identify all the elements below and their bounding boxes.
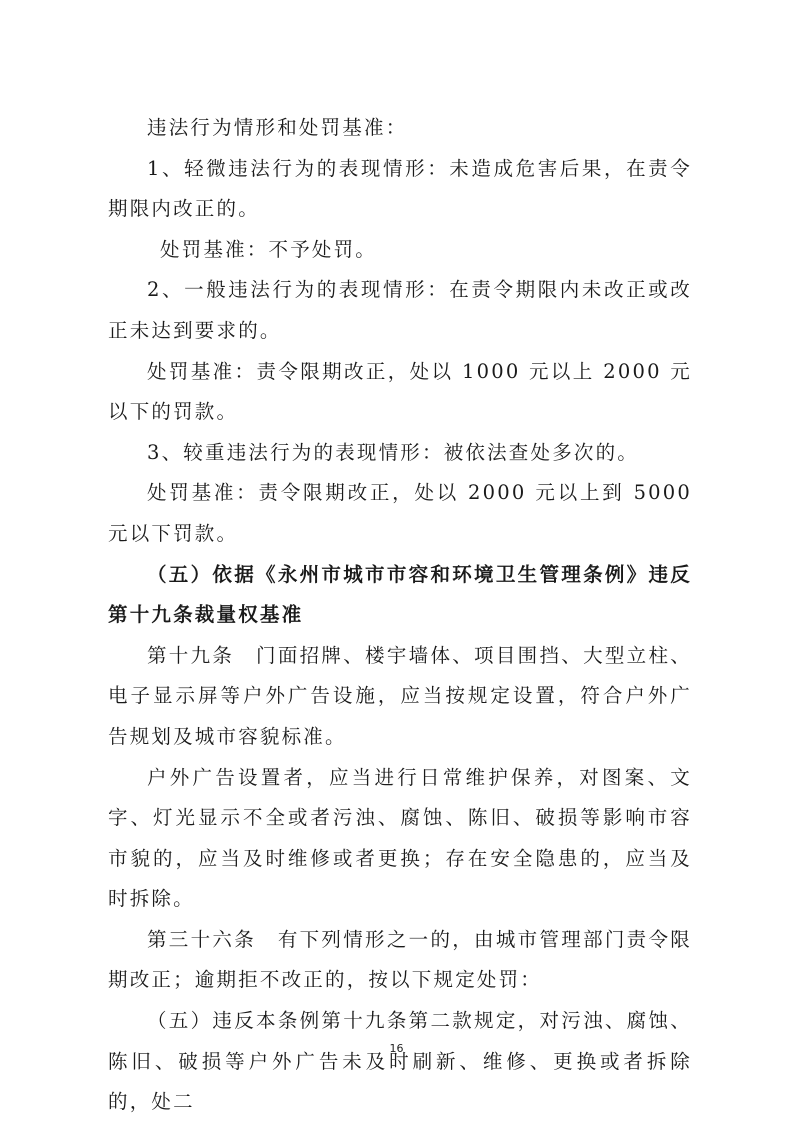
- article-36-item-5: （五）违反本条例第十九条第二款规定，对污浊、腐蚀、陈旧、破损等户外广告未及时刷新…: [108, 1001, 692, 1122]
- document-page: 违法行为情形和处罚基准： 1、轻微违法行为的表现情形：未造成危害后果，在责令期限…: [0, 0, 793, 1122]
- document-body: 违法行为情形和处罚基准： 1、轻微违法行为的表现情形：未造成危害后果，在责令期限…: [108, 108, 692, 1122]
- article-19-clause-2: 户外广告设置者，应当进行日常维护保养，对图案、文字、灯光显示不全或者污浊、腐蚀、…: [108, 758, 692, 920]
- general-violation-penalty: 处罚基准：责令限期改正，处以 1000 元以上 2000 元以下的罚款。: [108, 352, 692, 433]
- minor-violation-case: 1、轻微违法行为的表现情形：未造成危害后果，在责令期限内改正的。: [108, 149, 692, 230]
- section-intro: 违法行为情形和处罚基准：: [108, 108, 692, 149]
- article-19-clause-1: 第十九条 门面招牌、楼宇墙体、项目围挡、大型立柱、电子显示屏等户外广告设施，应当…: [108, 636, 692, 758]
- general-violation-case: 2、一般违法行为的表现情形：在责令期限内未改正或改正未达到要求的。: [108, 270, 692, 351]
- page-number: 16: [0, 1042, 793, 1055]
- article-36: 第三十六条 有下列情形之一的，由城市管理部门责令限期改正；逾期拒不改正的，按以下…: [108, 920, 692, 1001]
- section-heading: （五）依据《永州市城市市容和环境卫生管理条例》违反第十九条裁量权基准: [108, 555, 692, 636]
- serious-violation-penalty: 处罚基准：责令限期改正，处以 2000 元以上到 5000 元以下罚款。: [108, 473, 692, 554]
- minor-violation-penalty: 处罚基准：不予处罚。: [108, 230, 692, 271]
- serious-violation-case: 3、较重违法行为的表现情形：被依法查处多次的。: [108, 433, 692, 474]
